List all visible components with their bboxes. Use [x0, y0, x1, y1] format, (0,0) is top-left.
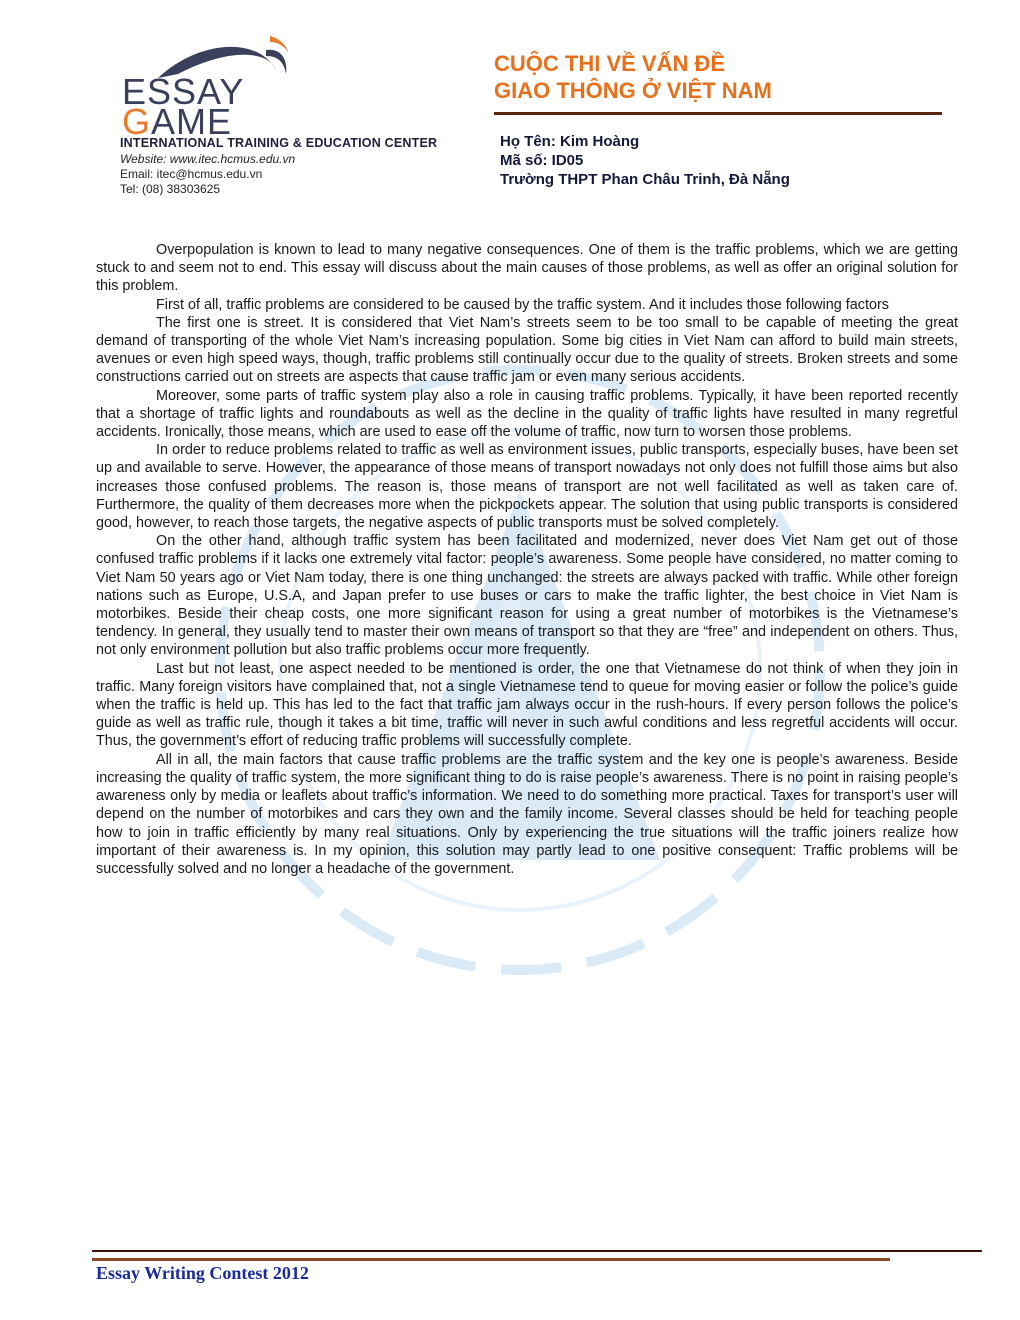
footer-contest-label: Essay Writing Contest 2012	[96, 1263, 309, 1284]
author-info: Họ Tên: Kim Hoàng Mã số: ID05 Trường THP…	[500, 132, 790, 189]
contest-title-line-1: CUỘC THI VỀ VẤN ĐỀ	[494, 50, 772, 77]
organization-phone: Tel: (08) 38303625	[120, 182, 220, 196]
essay-paragraph: In order to reduce problems related to t…	[96, 441, 958, 532]
author-school: Trường THPT Phan Châu Trinh, Đà Nẵng	[500, 170, 790, 189]
contest-title: CUỘC THI VỀ VẤN ĐỀ GIAO THÔNG Ở VIỆT NAM	[494, 50, 772, 104]
author-name: Họ Tên: Kim Hoàng	[500, 132, 790, 151]
essay-paragraph: First of all, traffic problems are consi…	[96, 296, 958, 314]
logo-word-game: GAME	[122, 104, 232, 140]
essay-paragraph: The first one is street. It is considere…	[96, 314, 958, 387]
header-divider	[494, 112, 942, 115]
essay-paragraph: Overpopulation is known to lead to many …	[96, 241, 958, 296]
organization-website: Website: www.itec.hcmus.edu.vn	[120, 152, 295, 166]
author-id: Mã số: ID05	[500, 151, 790, 170]
organization-name: INTERNATIONAL TRAINING & EDUCATION CENTE…	[120, 136, 437, 150]
footer-divider-top	[92, 1250, 982, 1252]
essay-game-logo: ESSAY GAME	[118, 34, 298, 130]
contest-title-line-2: GIAO THÔNG Ở VIỆT NAM	[494, 77, 772, 104]
essay-body: Overpopulation is known to lead to many …	[96, 241, 958, 878]
essay-paragraph: All in all, the main factors that cause …	[96, 751, 958, 878]
essay-paragraph: On the other hand, although traffic syst…	[96, 532, 958, 659]
essay-paragraph: Last but not least, one aspect needed to…	[96, 660, 958, 751]
organization-email: Email: itec@hcmus.edu.vn	[120, 167, 262, 181]
essay-paragraph: Moreover, some parts of traffic system p…	[96, 387, 958, 442]
footer-divider-bottom	[92, 1258, 890, 1261]
